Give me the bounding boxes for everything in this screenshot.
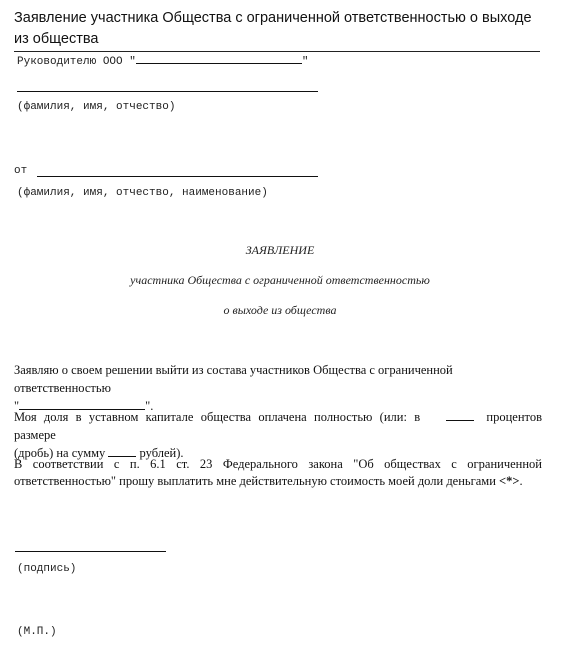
paragraph-decision: Заявляю о своем решении выйти из состава… [14,361,542,415]
addressee-name-hint: (фамилия, имя, отчество) [17,101,175,113]
addressee-line: Руководителю ООО "" [17,56,308,68]
signature-blank[interactable] [15,551,166,552]
sender-line: от [14,165,27,177]
heading-subject: о выходе из общества [0,303,560,318]
signature-hint: (подпись) [17,563,76,575]
seal-hint: (М.П.) [17,626,57,638]
heading-subtitle: участника Общества с ограниченной ответс… [0,273,560,288]
paragraph-share: Моя доля в уставном капитале общества оп… [14,408,542,462]
sender-label: от [14,165,27,177]
document-title: Заявление участника Общества с ограничен… [14,8,540,52]
addressee-label: Руководителю ООО [17,56,123,68]
company-name-blank[interactable] [136,62,302,64]
addressee-name-blank[interactable] [17,91,318,92]
percent-blank[interactable] [446,419,474,421]
footnote-marker: <*> [499,474,520,488]
paragraph-request: В соответствии с п. 6.1 ст. 23 Федеральн… [14,456,542,490]
heading-title: ЗАЯВЛЕНИЕ [0,243,560,258]
sender-name-hint: (фамилия, имя, отчество, наименование) [17,187,268,199]
sender-name-blank[interactable] [37,176,318,177]
